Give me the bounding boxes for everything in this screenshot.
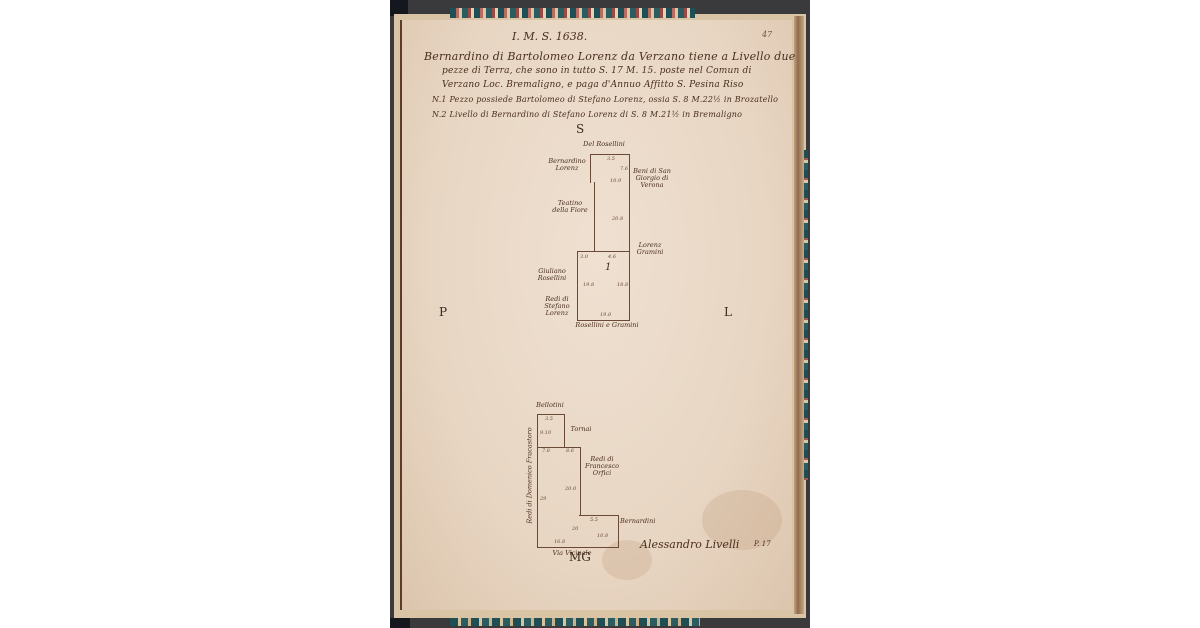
decorative-headband-top: [450, 8, 695, 18]
manuscript-page: I. M. S. 1638. 47 Bernardino di Bartolom…: [400, 20, 792, 610]
text-line-2: pezze di Terra, che sono in tutto S. 17 …: [442, 66, 752, 76]
measurement: 3.5: [607, 156, 615, 162]
text-line-3: Verzano Loc. Bremaligno, e paga d'Annuo …: [442, 80, 744, 90]
manuscript-scan: I. M. S. 1638. 47 Bernardino di Bartolom…: [390, 0, 810, 628]
folio-number: 47: [762, 30, 772, 39]
measurement: 20.0: [565, 486, 576, 492]
measurement: 20.8: [612, 216, 623, 222]
text-line-5: N.2 Livello di Bernardino di Stefano Lor…: [432, 110, 742, 119]
decorative-headband-bottom: [450, 618, 700, 626]
plot-1-left-label: Teatino della Fiore: [550, 200, 590, 214]
text-line-4: N.1 Pezzo possiede Bartolomeo di Stefano…: [432, 95, 778, 104]
compass-west: P: [439, 305, 447, 319]
plot-1-right-label: Lorenz Gramini: [630, 242, 670, 256]
measurement: 29: [540, 496, 546, 502]
measurement: 16.8: [554, 539, 565, 545]
plot-number: 1: [605, 262, 611, 273]
signature-fraction: P. 17: [754, 540, 771, 548]
measurement: 18.8: [617, 282, 628, 288]
plot-1-left-label: Giuliano Rosellini: [530, 268, 574, 282]
compass-north: S: [576, 122, 584, 136]
measurement: 7.8: [542, 448, 550, 454]
compass-east: L: [724, 305, 732, 319]
measurement: 5.5: [590, 517, 598, 523]
plot-2-left-label: Redi di Domenico Fracastoro: [527, 426, 534, 526]
plot-2-right-label: Bernardini: [620, 518, 652, 525]
signature: Alessandro Livelli: [640, 538, 739, 551]
plot-2-divider: [579, 515, 619, 516]
plot-2-right-label: Redi di Francesco Orfici: [582, 456, 622, 477]
measurement: 7.6: [620, 166, 628, 172]
measurement: 3.0: [580, 254, 588, 260]
measurement: 9.10: [540, 430, 551, 436]
plot-2-middle-section: [537, 447, 581, 516]
measurement: 8.6: [566, 448, 574, 454]
measurement: 19.0: [600, 312, 611, 318]
text-line-1: Bernardino di Bartolomeo Lorenz da Verza…: [424, 50, 795, 63]
plot-1-left-label: Redi di Stefano Lorenz: [538, 296, 576, 317]
measurement: 10.9: [610, 178, 621, 184]
plot-2-top-label: Bellotini: [530, 402, 570, 409]
measurement: 20: [572, 526, 578, 532]
plot-1-bottom-label: Rosellini e Gramini: [572, 322, 642, 329]
plot-1-top-label: Del Rosellini: [574, 141, 634, 148]
measurement: 4.6: [608, 254, 616, 260]
plot-1-left-label: Bernardino Lorenz: [544, 158, 590, 172]
plot-2-bottom-label: Via Vicinale: [542, 550, 602, 557]
measurement: 3.5: [545, 416, 553, 422]
plot-2-right-label: Tornai: [566, 426, 596, 433]
plot-1-right-label: Beni di San Giorgio di Verona: [632, 168, 672, 189]
page-edge: [794, 16, 804, 614]
scan-corner: [390, 618, 410, 628]
measurement: 10.8: [597, 533, 608, 539]
page-heading: I. M. S. 1638.: [512, 30, 587, 43]
measurement: 19.8: [583, 282, 594, 288]
